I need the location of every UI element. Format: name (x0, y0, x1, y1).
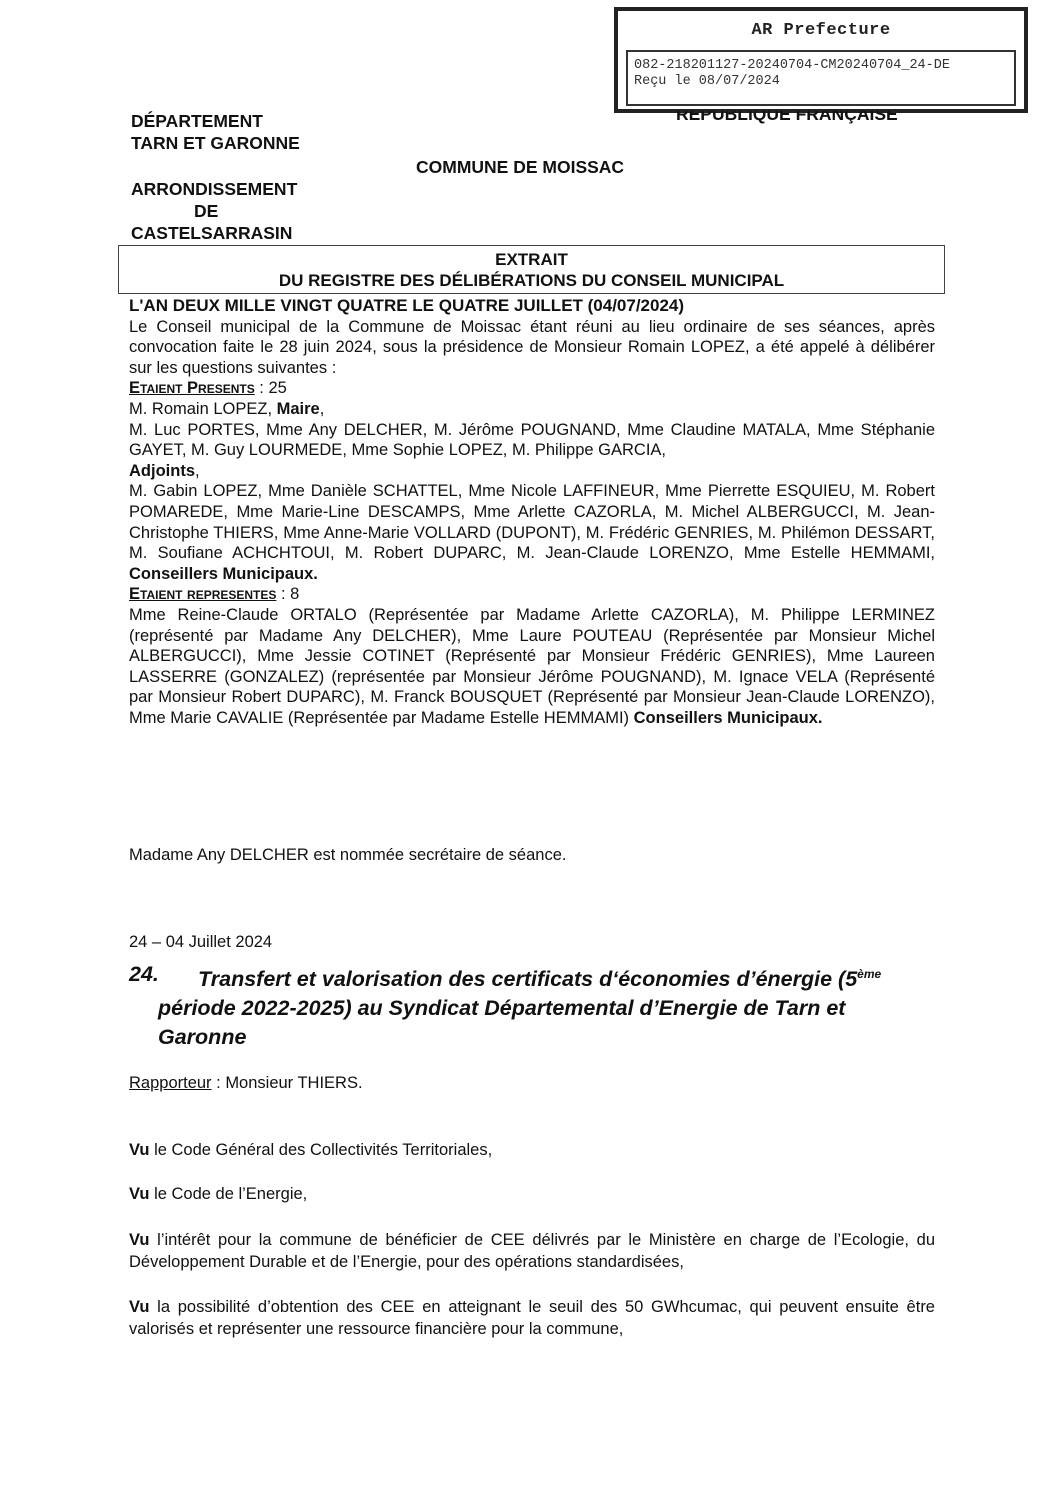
adjoints-list: M. Luc PORTES, Mme Any DELCHER, M. Jérôm… (129, 420, 935, 482)
conseillers-list: M. Gabin LOPEZ, Mme Danièle SCHATTEL, Mm… (129, 481, 935, 584)
mayor-role: Maire (277, 400, 320, 418)
session-intro: Le Conseil municipal de la Commune de Mo… (129, 317, 935, 379)
arrondissement-name: CASTELSARRASIN (131, 222, 292, 244)
represented-label: Etaient representes (129, 585, 276, 603)
consideration: Vu la possibilité d’obtention des CEE en… (129, 1297, 935, 1340)
ar-prefecture-stamp: AR Prefecture 082-218201127-20240704-CM2… (614, 7, 1028, 113)
consideration: Vu le Code Général des Collectivités Ter… (129, 1140, 935, 1162)
stamp-details: 082-218201127-20240704-CM20240704_24-DE … (626, 50, 1016, 106)
rapporteur-value: : Monsieur THIERS. (212, 1074, 363, 1092)
commune-name: COMMUNE DE MOISSAC (416, 156, 624, 178)
department-label: DÉPARTEMENT (131, 110, 263, 132)
rapporteur-line: Rapporteur : Monsieur THIERS. (129, 1073, 935, 1095)
department-name: TARN ET GARONNE (131, 132, 300, 154)
item-title: 24. Transfert et valorisation des certif… (129, 960, 939, 1052)
stamp-reference: 082-218201127-20240704-CM20240704_24-DE (634, 58, 1008, 74)
arrondissement-de: DE (194, 200, 218, 222)
represented-heading: Etaient representes : 8 (129, 584, 935, 605)
republique-francaise-heading: RÉPUBLIQUE FRANÇAISE (676, 111, 898, 124)
extract-title-box: EXTRAIT DU REGISTRE DES DÉLIBÉRATIONS DU… (118, 245, 945, 294)
extract-line-1: EXTRAIT (119, 249, 944, 270)
present-count: : 25 (255, 379, 287, 397)
session-date-line: L'AN DEUX MILLE VINGT QUATRE LE QUATRE J… (129, 296, 935, 317)
represented-count: : 8 (276, 585, 299, 603)
stamp-title: AR Prefecture (618, 21, 1024, 40)
item-date: 24 – 04 Juillet 2024 (129, 933, 272, 952)
represented-role: Conseillers Municipaux. (634, 709, 823, 727)
present-heading: Etaient Presents : 25 (129, 378, 935, 399)
represented-list: Mme Reine-Claude ORTALO (Représentée par… (129, 605, 935, 729)
document-page: AR Prefecture 082-218201127-20240704-CM2… (0, 0, 1058, 1496)
item-number: 24. (129, 960, 159, 989)
rapporteur-label: Rapporteur (129, 1074, 212, 1092)
item-title-text: Transfert et valorisation des certificat… (129, 960, 939, 1052)
extract-line-2: DU REGISTRE DES DÉLIBÉRATIONS DU CONSEIL… (119, 270, 944, 291)
present-label: Etaient Presents (129, 379, 255, 397)
mayor-line: M. Romain LOPEZ, Maire, (129, 399, 935, 420)
secretary-line: Madame Any DELCHER est nommée secrétaire… (129, 845, 935, 867)
conseillers-role: Conseillers Municipaux. (129, 565, 318, 583)
consideration: Vu le Code de l’Energie, (129, 1184, 935, 1206)
consideration: Vu l’intérêt pour la commune de bénéfici… (129, 1230, 935, 1273)
stamp-received-date: Reçu le 08/07/2024 (634, 74, 1008, 90)
arrondissement-label: ARRONDISSEMENT (131, 178, 297, 200)
adjoints-role: Adjoints (129, 462, 195, 480)
session-details: L'AN DEUX MILLE VINGT QUATRE LE QUATRE J… (129, 296, 935, 728)
